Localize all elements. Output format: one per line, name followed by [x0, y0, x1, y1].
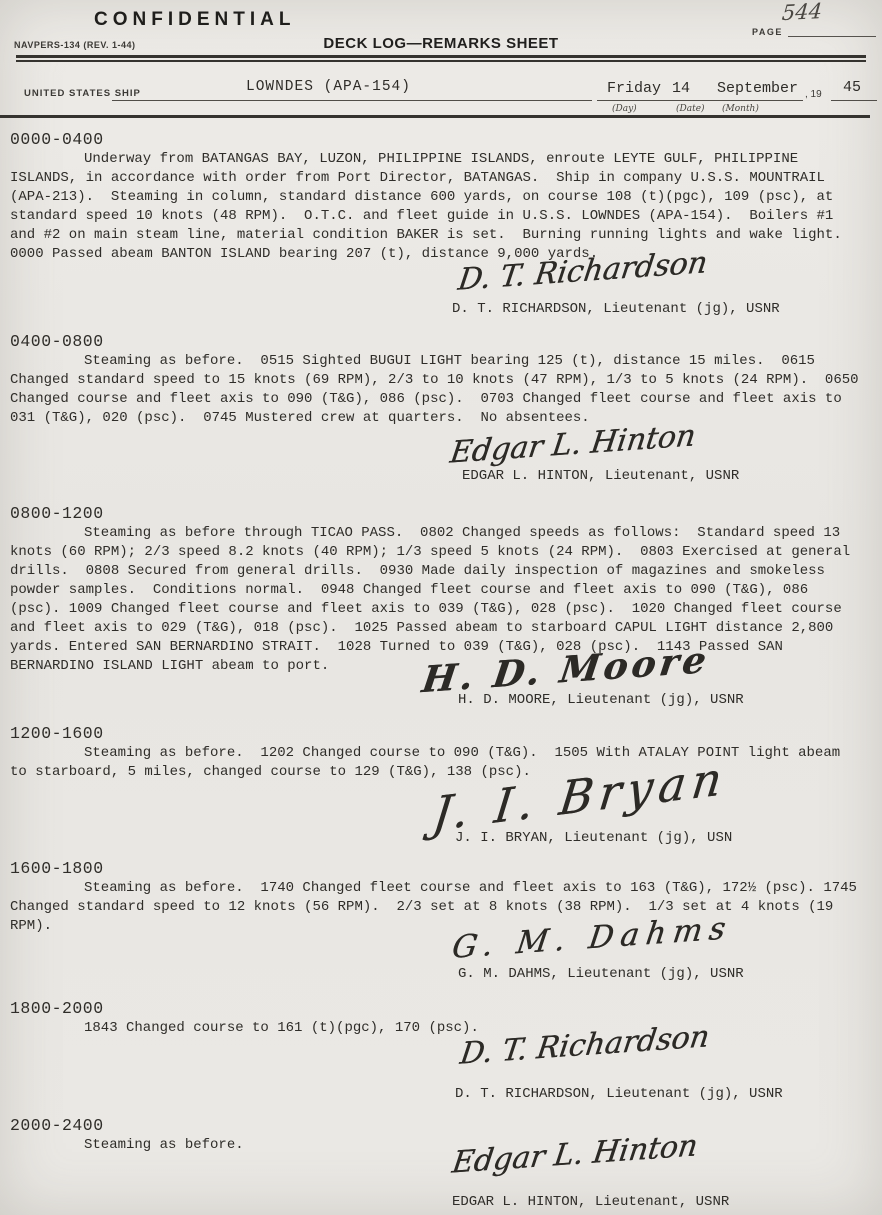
log-entry-2000-2400: 2000-2400 Steaming as before. Edgar L. H…	[0, 1115, 882, 1213]
signature-typed: H. D. MOORE, Lieutenant (jg), USNR	[458, 692, 744, 708]
form-header: CONFIDENTIAL 544 PAGE NAVPERS-134 (REV. …	[0, 0, 882, 129]
year-blank-line	[831, 100, 877, 101]
watch-period: 1600-1800	[10, 858, 882, 879]
remarks-text: Underway from BATANGAS BAY, LUZON, PHILI…	[10, 150, 862, 264]
log-entry-1800-2000: 1800-2000 1843 Changed course to 161 (t)…	[0, 998, 882, 1115]
watch-period: 2000-2400	[10, 1115, 882, 1136]
log-entry-0400-0800: 0400-0800 Steaming as before. 0515 Sight…	[0, 331, 882, 503]
watch-period: 1200-1600	[10, 723, 882, 744]
remarks-text: Steaming as before. 1740 Changed fleet c…	[10, 879, 862, 936]
remarks-text: Steaming as before.	[10, 1136, 862, 1155]
signature-typed: D. T. RICHARDSON, Lieutenant (jg), USNR	[455, 1086, 783, 1102]
handwritten-page-number: 544	[781, 0, 823, 25]
remarks-text: Steaming as before. 1202 Changed course …	[10, 744, 862, 782]
ship-name-blank-line	[112, 100, 592, 101]
signature-typed: J. I. BRYAN, Lieutenant (jg), USN	[455, 830, 732, 846]
header-heavy-rule	[0, 115, 870, 118]
classification-stamp: CONFIDENTIAL	[94, 9, 295, 31]
ship-label: UNITED STATES SHIP	[24, 88, 141, 99]
day-field-label: (Day)	[612, 104, 637, 114]
log-entry-0800-1200: 0800-1200 Steaming as before through TIC…	[0, 503, 882, 723]
log-entry-1600-1800: 1600-1800 Steaming as before. 1740 Chang…	[0, 858, 882, 998]
date-day: Friday	[607, 80, 661, 97]
month-field-label: (Month)	[722, 104, 759, 114]
watch-period: 0000-0400	[10, 129, 882, 150]
watch-period: 0400-0800	[10, 331, 882, 352]
header-rule-bottom	[16, 60, 866, 62]
deck-log-page: CONFIDENTIAL 544 PAGE NAVPERS-134 (REV. …	[0, 0, 882, 1215]
form-title: DECK LOG—REMARKS SHEET	[0, 35, 882, 52]
date-month: September	[717, 80, 798, 97]
header-rule-top	[16, 55, 866, 58]
year-prefix: , 19	[805, 89, 822, 100]
remarks-text: Steaming as before. 0515 Sighted BUGUI L…	[10, 352, 862, 428]
remarks-text: 1843 Changed course to 161 (t)(pgc), 170…	[10, 1019, 862, 1038]
log-entry-0000-0400: 0000-0400 Underway from BATANGAS BAY, LU…	[0, 129, 882, 331]
ship-name: LOWNDES (APA-154)	[246, 79, 411, 95]
watch-period: 1800-2000	[10, 998, 882, 1019]
date-year: 45	[843, 79, 861, 96]
log-remarks-body: 0000-0400 Underway from BATANGAS BAY, LU…	[0, 129, 882, 1213]
remarks-text: Steaming as before through TICAO PASS. 0…	[10, 524, 862, 676]
signature-typed: D. T. RICHARDSON, Lieutenant (jg), USNR	[452, 301, 780, 317]
signature-typed: G. M. DAHMS, Lieutenant (jg), USNR	[458, 966, 744, 982]
date-field-label: (Date)	[676, 104, 705, 114]
date-blank-line	[597, 100, 803, 101]
signature-typed: EDGAR L. HINTON, Lieutenant, USNR	[452, 1194, 729, 1210]
log-entry-1200-1600: 1200-1600 Steaming as before. 1202 Chang…	[0, 723, 882, 858]
signature-typed: EDGAR L. HINTON, Lieutenant, USNR	[462, 468, 739, 484]
watch-period: 0800-1200	[10, 503, 882, 524]
date-number: 14	[672, 80, 690, 97]
